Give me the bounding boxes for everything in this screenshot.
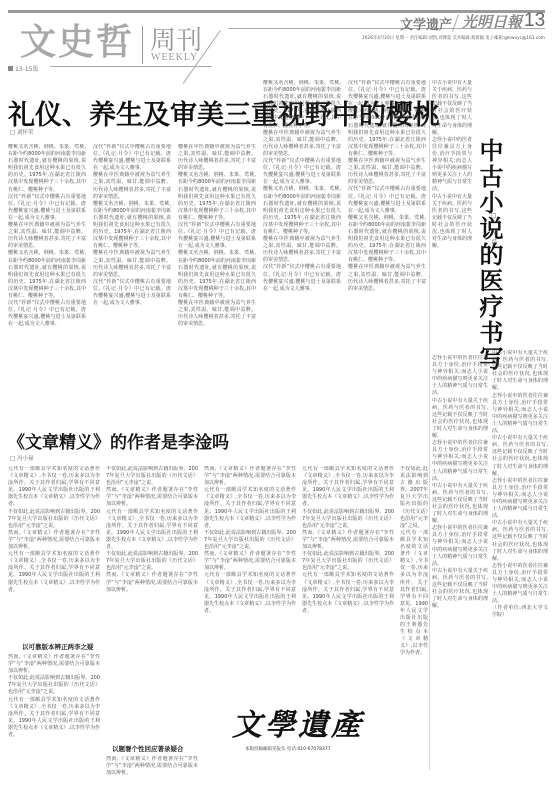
paragraph: 汉代“荐新”仪式中樱桃占有重要地位,《礼记·月令》中已有记载。唐代樱桃宴兴盛,樱… [8, 194, 86, 222]
paragraph: 樱桃在中医典籍中被视为益气养生之果,其性温、味甘,能调中益脾。历代诗人咏樱桃者甚… [348, 158, 426, 186]
issue-range-text: 13-15版 [15, 64, 38, 73]
paragraph: 中古小说中有大量关于疾病、医药与医者的书写,这些记载不仅反映了当时社会的医疗状况… [432, 194, 472, 251]
paragraph: 元代有一部颇具学术知名度的文话著作《文章精义》,全书仅一卷,历来多以为李淦所作。… [400, 530, 428, 658]
paragraph: 樱桃又名含桃、荆桃、朱果、莺桃,在距今约8000年前的河南裴李岗新石器时代遗址,… [8, 250, 86, 300]
paragraph: 不仅如此,此说法影响到古籍出版界。2007年复旦大学出版社出版的《历代文话》也沿… [204, 530, 296, 551]
paragraph: 志怪小说中的医者往往兼具方士身份,治疗手段常与神异相关;而志人小说中的疾病描写则… [492, 563, 548, 606]
paragraph: 樱桃又名含桃、荆桃、朱果、莺桃,在距今约8000年前的河南裴李岗新石器时代遗址,… [178, 250, 256, 300]
issue-rule [50, 66, 212, 67]
section-name: 文史哲 [20, 14, 134, 65]
paragraph: 然而,《文章精义》作者题署存在“李性学”与“李淦”两种情况,需要结合可靠版本加以… [204, 551, 296, 572]
paragraph: 中古小说中有大量关于疾病、医药与医者的书写,这些记载不仅反映了当时社会的医疗状况… [492, 520, 548, 563]
slash-divider [452, 14, 459, 31]
paragraph: 元代有一部颇具学术知名度的文话著作《文章精义》,全书仅一卷,历来多以为李淦所作。… [204, 572, 296, 615]
page-number: 13 [524, 10, 545, 32]
paragraph: 樱桃又名含桃、荆桃、朱果、莺桃,在距今约8000年前的河南裴李岗新石器时代遗址,… [263, 80, 341, 130]
paragraph: 不仅如此,此说法影响到古籍出版界。2007年复旦大学出版社出版的《历代文话》也沿… [302, 509, 394, 530]
article1-col5: 汉代“荐新”仪式中樱桃占有重要地位,《礼记·月令》中已有记载。唐代樱桃宴兴盛,樱… [348, 80, 426, 414]
paragraph: 汉代“荐新”仪式中樱桃占有重要地位,《礼记·月令》中已有记载。唐代樱桃宴兴盛,樱… [93, 144, 171, 172]
paragraph: 元代有一部颇具学术知名度的文话著作《文章精义》,全书仅一卷,历来多以为李淦所作。… [204, 487, 296, 530]
paragraph: 樱桃又名含桃、荆桃、朱果、莺桃,在距今约8000年前的河南裴李岗新石器时代遗址,… [93, 201, 171, 251]
paragraph: 不仅如此,此说法影响到古籍出版界。2007年复旦大学出版社出版的《历代文话》也沿… [302, 551, 394, 572]
paragraph: 元代有一部颇具学术知名度的文话著作《文章精义》,全书仅一卷,历来多以为李淦所作。… [302, 572, 394, 615]
article2-subhead-2: 以题署个性回应著录疑合 [112, 744, 184, 753]
article3-col-intro: 中古小说中有大量关于疾病、医药与医者的书写,这些记载不仅反映了当时社会的医疗状况… [432, 80, 472, 350]
paragraph: 元代有一部颇具学术知名度的文话著作《文章精义》,全书仅一卷,历来多以为李淦所作。… [8, 697, 100, 740]
article1-byline: □ 刘怀荣 [10, 128, 33, 136]
paragraph: 樱桃在中医典籍中被视为益气养生之果,其性温、味甘,能调中益脾。历代诗人咏樱桃者甚… [93, 250, 171, 278]
paragraph: 樱桃又名含桃、荆桃、朱果、莺桃,在距今约8000年前的河南裴李岗新石器时代遗址,… [348, 215, 426, 265]
paragraph: 中古小说中有大量关于疾病、医药与医者的书写,这些记载不仅反映了当时社会的医疗状况… [432, 568, 488, 611]
paragraph: 不仅如此,此说法影响到古籍出版界。2007年复旦大学出版社出版的《历代文话》也沿… [8, 509, 100, 530]
paragraph: 志怪小说中的医者往往兼具方士身份,治疗手段常与神异相关;而志人小说中的疾病描写则… [492, 478, 548, 521]
paragraph: 中古小说中有大量关于疾病、医药与医者的书写,这些记载不仅反映了当时社会的医疗状况… [492, 435, 548, 478]
paragraph: 然而,《文章精义》作者题署存在“李性学”与“李淦”两种情况,需要结合可靠版本加以… [106, 487, 198, 508]
masthead-divider [142, 26, 143, 64]
paragraph: 不仅如此,此说法影响到古籍出版界。2007年复旦大学出版社出版的《历代文话》也沿… [400, 466, 428, 530]
square-icon [8, 66, 13, 71]
paragraph: 樱桃在中医典籍中被视为益气养生之果,其性温、味甘,能调中益脾。历代诗人咏樱桃者甚… [93, 172, 171, 200]
paragraph: 然而,《文章精义》作者题署存在“李性学”与“李淦”两种情况,需要结合可靠版本加以… [204, 466, 296, 487]
paragraph: 元代有一部颇具学术知名度的文话著作《文章精义》,全书仅一卷,历来多以为李淦所作。… [302, 466, 394, 509]
paragraph: 樱桃又名含桃、荆桃、朱果、莺桃,在距今约8000年前的河南裴李岗新石器时代遗址,… [348, 108, 426, 158]
paragraph: 元代有一部颇具学术知名度的文话著作《文章精义》,全书仅一卷,历来多以为李淦所作。… [8, 551, 100, 594]
paper-logo: 光明日報 [462, 11, 522, 32]
paragraph: 樱桃在中医典籍中被视为益气养生之果,其性温、味甘,能调中益脾。历代诗人咏樱桃者甚… [178, 300, 256, 328]
paragraph: 中古小说中有大量关于疾病、医药与医者的书写,这些记载不仅反映了当时社会的医疗状况… [432, 483, 488, 526]
article3-col2: 中古小说中有大量关于疾病、医药与医者的书写,这些记载不仅反映了当时社会的医疗状况… [492, 350, 548, 770]
article2-col5: 不仅如此,此说法影响到古籍出版界。2007年复旦大学出版社出版的《历代文话》也沿… [400, 466, 428, 691]
paragraph: 樱桃又名含桃、荆桃、朱果、莺桃,在距今约8000年前的河南裴李岗新石器时代遗址,… [8, 144, 86, 194]
paragraph: 元代有一部颇具学术知名度的文话著作《文章精义》,全书仅一卷,历来多以为李淦所作。… [8, 466, 100, 509]
article2-col1b: 然而,《文章精义》作者题署存在“李性学”与“李淦”两种情况,需要结合可靠版本加以… [8, 654, 100, 779]
article1-col4: 樱桃又名含桃、荆桃、朱果、莺桃,在距今约8000年前的河南裴李岗新石器时代遗址,… [263, 80, 341, 414]
article2-col3: 然而,《文章精义》作者题署存在“李性学”与“李淦”两种情况,需要结合可靠版本加以… [204, 466, 296, 691]
paragraph: 樱桃在中医典籍中被视为益气养生之果,其性温、味甘,能调中益脾。历代诗人咏樱桃者甚… [263, 236, 341, 264]
section-en: WEEKLY [151, 52, 198, 63]
paragraph: 樱桃在中医典籍中被视为益气养生之果,其性温、味甘,能调中益脾。历代诗人咏樱桃者甚… [263, 130, 341, 158]
paragraph: 志怪小说中的医者往往兼具方士身份,治疗手段常与神异相关;而志人小说中的疾病描写则… [432, 525, 488, 568]
article3-col1: 志怪小说中的医者往往兼具方士身份,治疗手段常与神异相关;而志人小说中的疾病描写则… [432, 355, 488, 755]
paragraph: 樱桃在中医典籍中被视为益气养生之果,其性温、味甘,能调中益脾。历代诗人咏樱桃者甚… [348, 264, 426, 292]
paragraph: 然而,《文章精义》作者题署存在“李性学”与“李淦”两种情况,需要结合可靠版本加以… [8, 530, 100, 551]
article3-title: 中古小说的医疗书写 [477, 138, 503, 372]
paragraph: 中古小说中有大量关于疾病、医药与医者的书写,这些记载不仅反映了当时社会的医疗状况… [492, 350, 548, 393]
article2-byline: □ 冯小禄 [10, 454, 33, 462]
paragraph: 汉代“荐新”仪式中樱桃占有重要地位,《礼记·月令》中已有记载。唐代樱桃宴兴盛,樱… [178, 222, 256, 250]
paragraph: 汉代“荐新”仪式中樱桃占有重要地位,《礼记·月令》中已有记载。唐代樱桃宴兴盛,樱… [348, 186, 426, 214]
channel-name: 文学遗产 [400, 14, 452, 33]
article1-col1: 樱桃又名含桃、荆桃、朱果、莺桃,在距今约8000年前的河南裴李岗新石器时代遗址,… [8, 144, 86, 414]
paragraph: 然而,《文章精义》作者题署存在“李性学”与“李淦”两种情况,需要结合可靠版本加以… [8, 654, 100, 675]
contact-line: 本版投稿邮箱见报头 电话:010-67078377 [245, 746, 331, 752]
article2-col1: 元代有一部颇具学术知名度的文话著作《文章精义》,全书仅一卷,历来多以为李淦所作。… [8, 466, 100, 636]
paragraph: 不仅如此,此说法影响到古籍出版界。2007年复旦大学出版社出版的《历代文话》也沿… [106, 466, 198, 487]
paragraph: 志怪小说中的医者往往兼具方士身份,治疗手段常与神异相关;而志人小说中的疾病描写则… [432, 355, 488, 398]
dateline: 2026年4月20日 星期一 责任编辑:刘凯,刘博超 美术编辑:蔡新颖 电子邮箱… [298, 35, 545, 41]
paragraph: 志怪小说中的医者往往兼具方士身份,治疗手段常与神异相关;而志人小说中的疾病描写则… [492, 393, 548, 436]
paragraph: 樱桃又名含桃、荆桃、朱果、莺桃,在距今约8000年前的河南裴李岗新石器时代遗址,… [263, 186, 341, 236]
article2-col2: 不仅如此,此说法影响到古籍出版界。2007年复旦大学出版社出版的《历代文话》也沿… [106, 466, 198, 696]
article2-col4: 元代有一部颇具学术知名度的文话著作《文章精义》,全书仅一卷,历来多以为李淦所作。… [302, 466, 394, 691]
paragraph: 汉代“荐新”仪式中樱桃占有重要地位,《礼记·月令》中已有记载。唐代樱桃宴兴盛,樱… [8, 300, 86, 328]
paragraph: 汉代“荐新”仪式中樱桃占有重要地位,《礼记·月令》中已有记载。唐代樱桃宴兴盛,樱… [263, 264, 341, 292]
paragraph: 汉代“荐新”仪式中樱桃占有重要地位,《礼记·月令》中已有记载。唐代樱桃宴兴盛,樱… [93, 279, 171, 307]
paragraph: 中古小说中有大量关于疾病、医药与医者的书写,这些记载不仅反映了当时社会的医疗状况… [432, 398, 488, 441]
paragraph: 樱桃在中医典籍中被视为益气养生之果,其性温、味甘,能调中益脾。历代诗人咏樱桃者甚… [8, 222, 86, 250]
paragraph: 汉代“荐新”仪式中樱桃占有重要地位,《礼记·月令》中已有记载。唐代樱桃宴兴盛,樱… [348, 80, 426, 108]
paragraph: 樱桃又名含桃、荆桃、朱果、莺桃,在距今约8000年前的河南裴李岗新石器时代遗址,… [178, 172, 256, 222]
paragraph: 不仅如此,此说法影响到古籍出版界。2007年复旦大学出版社出版的《历代文话》也沿… [106, 551, 198, 572]
article1-col2: 汉代“荐新”仪式中樱桃占有重要地位,《礼记·月令》中已有记载。唐代樱桃宴兴盛,樱… [93, 144, 171, 414]
article1-col3: 樱桃在中医典籍中被视为益气养生之果,其性温、味甘,能调中益脾。历代诗人咏樱桃者甚… [178, 144, 256, 414]
article2-col2b: 然而,《文章精义》作者题署存在“李性学”与“李淦”两种情况,需要结合可靠版本加以… [106, 756, 198, 782]
paragraph: 然而,《文章精义》作者题署存在“李性学”与“李淦”两种情况,需要结合可靠版本加以… [106, 756, 198, 777]
article3-attribution: （作者单位:西北大学文学院） [492, 605, 548, 619]
article2-subhead-1: 以可靠版本辨正两李之疑 [22, 642, 94, 651]
paragraph: 汉代“荐新”仪式中樱桃占有重要地位,《礼记·月令》中已有记载。唐代樱桃宴兴盛,樱… [263, 158, 341, 186]
paragraph: 樱桃在中医典籍中被视为益气养生之果,其性温、味甘,能调中益脾。历代诗人咏樱桃者甚… [178, 144, 256, 172]
paragraph: 然而,《文章精义》作者题署存在“李性学”与“李淦”两种情况,需要结合可靠版本加以… [106, 572, 198, 593]
article2-title: 《文章精义》的作者是李淦吗 [8, 428, 229, 453]
article3-byline: □ 李浩 [489, 212, 498, 249]
paragraph: 中古小说中有大量关于疾病、医药与医者的书写,这些记载不仅反映了当时社会的医疗状况… [432, 80, 472, 137]
paragraph: 不仅如此,此说法影响到古籍出版界。2007年复旦大学出版社出版的《历代文话》也沿… [8, 675, 100, 696]
issue-range: 13-15版 [8, 64, 38, 73]
paragraph: 志怪小说中的医者往往兼具方士身份,治疗手段常与神异相关;而志人小说中的疾病描写则… [432, 440, 488, 483]
paragraph: 志怪小说中的医者往往兼具方士身份,治疗手段常与神异相关;而志人小说中的疾病描写则… [432, 137, 472, 194]
paragraph: 然而,《文章精义》作者题署存在“李性学”与“李淦”两种情况,需要结合可靠版本加以… [302, 530, 394, 551]
literary-heritage-logo: 文學遺產 [232, 700, 364, 744]
paragraph: 元代有一部颇具学术知名度的文话著作《文章精义》,全书仅一卷,历来多以为李淦所作。… [106, 509, 198, 552]
column-rule [429, 80, 430, 770]
